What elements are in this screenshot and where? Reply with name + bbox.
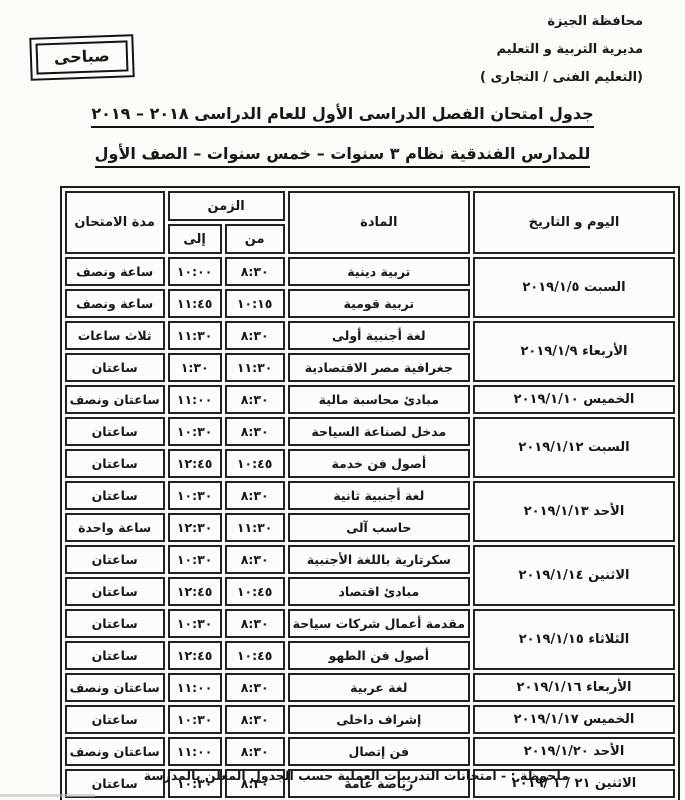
shift-stamp-label: صباحى — [35, 40, 128, 74]
time-from-cell: ٨:٣٠ — [225, 417, 285, 446]
col-header-time-from: من — [225, 224, 285, 254]
time-from-cell: ٨:٣٠ — [225, 545, 285, 574]
col-header-duration: مدة الامتحان — [65, 191, 165, 254]
time-to-cell: ١:٣٠ — [168, 353, 222, 382]
subject-cell: سكرتارية باللغة الأجنبية — [288, 545, 470, 574]
scan-edge-artifact — [0, 794, 95, 797]
time-to-cell: ١٠:٣٠ — [168, 705, 222, 734]
subject-cell: مبادئ اقتصاد — [288, 577, 470, 606]
header-row-main: اليوم و التاريخ المادة الزمن مدة الامتحا… — [65, 191, 675, 221]
shift-stamp-box: صباحى — [29, 34, 134, 81]
duration-cell: ساعتان ونصف — [65, 737, 165, 766]
day-date-cell: الخميس ٢٠١٩/١/١٠ — [473, 385, 675, 414]
subject-cell: حاسب آلى — [288, 513, 470, 542]
time-to-cell: ١٠:٣٠ — [168, 417, 222, 446]
subject-cell: أصول فن خدمة — [288, 449, 470, 478]
time-from-cell: ٨:٣٠ — [225, 737, 285, 766]
scanned-exam-schedule-page: محافظة الجيزة مديرية التربية و التعليم (… — [0, 0, 685, 800]
time-to-cell: ١١:٠٠ — [168, 673, 222, 702]
time-to-cell: ١٢:٣٠ — [168, 513, 222, 542]
exam-table-header: اليوم و التاريخ المادة الزمن مدة الامتحا… — [65, 191, 675, 254]
org-line-education-type: (التعليم الفنى / التجارى ) — [480, 64, 643, 92]
duration-cell: ساعة واحدة — [65, 513, 165, 542]
subject-cell: لغة أجنبية ثانية — [288, 481, 470, 510]
schedule-subtitle-line: للمدارس الفندقية نظام ٣ سنوات – خمس سنوا… — [0, 144, 685, 163]
time-to-cell: ١١:٤٥ — [168, 289, 222, 318]
footer-note: ملحوظة : - امتحانات التدريبات العملية حس… — [144, 768, 569, 783]
col-header-time-to: إلى — [168, 224, 222, 254]
col-header-day-date: اليوم و التاريخ — [473, 191, 675, 254]
day-date-cell: الاثنين ٢٠١٩/١/١٤ — [473, 545, 675, 606]
day-date-cell: السبت ٢٠١٩/١/٥ — [473, 257, 675, 318]
day-date-cell: الأحد ٢٠١٩/١/١٣ — [473, 481, 675, 542]
time-to-cell: ١٠:٣٠ — [168, 545, 222, 574]
subject-cell: تربية دينية — [288, 257, 470, 286]
duration-cell: ساعتان ونصف — [65, 385, 165, 414]
subject-cell: لغة عربية — [288, 673, 470, 702]
day-date-cell: الأحد ٢٠١٩/١/٢٠ — [473, 737, 675, 766]
time-from-cell: ٨:٣٠ — [225, 609, 285, 638]
time-from-cell: ١٠:٤٥ — [225, 577, 285, 606]
time-from-cell: ١١:٣٠ — [225, 353, 285, 382]
time-from-cell: ١٠:١٥ — [225, 289, 285, 318]
day-date-cell: الأربعاء ٢٠١٩/١/٩ — [473, 321, 675, 382]
org-line-directorate: مديرية التربية و التعليم — [480, 36, 643, 64]
time-to-cell: ١٢:٤٥ — [168, 577, 222, 606]
time-from-cell: ٨:٣٠ — [225, 321, 285, 350]
duration-cell: ساعتان — [65, 577, 165, 606]
schedule-subtitle-text: للمدارس الفندقية نظام ٣ سنوات – خمس سنوا… — [95, 144, 591, 168]
day-date-cell: الخميس ٢٠١٩/١/١٧ — [473, 705, 675, 734]
schedule-title-text: جدول امتحان الفصل الدراسى الأول للعام ال… — [91, 104, 593, 128]
time-to-cell: ١١:٣٠ — [168, 321, 222, 350]
day-date-cell: الثلاثاء ٢٠١٩/١/١٥ — [473, 609, 675, 670]
org-line-governorate: محافظة الجيزة — [480, 8, 643, 36]
table-row: الخميس ٢٠١٩/١/١٧إشراف داخلى٨:٣٠١٠:٣٠ساعت… — [65, 705, 675, 734]
exam-table-body: السبت ٢٠١٩/١/٥تربية دينية٨:٣٠١٠:٠٠ساعة و… — [65, 257, 675, 798]
time-from-cell: ٨:٣٠ — [225, 481, 285, 510]
time-to-cell: ١١:٠٠ — [168, 737, 222, 766]
table-row: الأربعاء ٢٠١٩/١/٩لغة أجنبية أولى٨:٣٠١١:٣… — [65, 321, 675, 350]
time-from-cell: ١١:٣٠ — [225, 513, 285, 542]
subject-cell: إشراف داخلى — [288, 705, 470, 734]
col-header-time: الزمن — [168, 191, 285, 221]
duration-cell: ساعتان — [65, 609, 165, 638]
time-from-cell: ٨:٣٠ — [225, 257, 285, 286]
org-header-block: محافظة الجيزة مديرية التربية و التعليم (… — [480, 8, 643, 92]
subject-cell: تربية قومية — [288, 289, 470, 318]
col-header-subject: المادة — [288, 191, 470, 254]
day-date-cell: السبت ٢٠١٩/١/١٢ — [473, 417, 675, 478]
duration-cell: ساعتان — [65, 449, 165, 478]
subject-cell: مبادئ محاسبة مالية — [288, 385, 470, 414]
time-to-cell: ١٠:٣٠ — [168, 609, 222, 638]
time-to-cell: ١٠:٠٠ — [168, 257, 222, 286]
subject-cell: فن إتصال — [288, 737, 470, 766]
time-to-cell: ١٢:٤٥ — [168, 641, 222, 670]
duration-cell: ساعتان — [65, 417, 165, 446]
schedule-title-line: جدول امتحان الفصل الدراسى الأول للعام ال… — [0, 104, 685, 123]
subject-cell: لغة أجنبية أولى — [288, 321, 470, 350]
time-from-cell: ٨:٣٠ — [225, 705, 285, 734]
subject-cell: أصول فن الطهو — [288, 641, 470, 670]
subject-cell: مدخل لصناعة السياحة — [288, 417, 470, 446]
table-row: الخميس ٢٠١٩/١/١٠مبادئ محاسبة مالية٨:٣٠١١… — [65, 385, 675, 414]
table-row: الاثنين ٢٠١٩/١/١٤سكرتارية باللغة الأجنبي… — [65, 545, 675, 574]
table-row: الثلاثاء ٢٠١٩/١/١٥مقدمة أعمال شركات سياح… — [65, 609, 675, 638]
duration-cell: ساعتان — [65, 641, 165, 670]
subject-cell: مقدمة أعمال شركات سياحة — [288, 609, 470, 638]
duration-cell: ساعتان ونصف — [65, 673, 165, 702]
table-row: الأربعاء ٢٠١٩/١/١٦لغة عربية٨:٣٠١١:٠٠ساعت… — [65, 673, 675, 702]
time-to-cell: ١٢:٤٥ — [168, 449, 222, 478]
time-from-cell: ١٠:٤٥ — [225, 449, 285, 478]
time-from-cell: ١٠:٤٥ — [225, 641, 285, 670]
exam-schedule-table: اليوم و التاريخ المادة الزمن مدة الامتحا… — [60, 186, 680, 800]
time-from-cell: ٨:٣٠ — [225, 673, 285, 702]
table-row: السبت ٢٠١٩/١/١٢مدخل لصناعة السياحة٨:٣٠١٠… — [65, 417, 675, 446]
duration-cell: ساعتان — [65, 353, 165, 382]
duration-cell: ساعة ونصف — [65, 257, 165, 286]
table-row: الأحد ٢٠١٩/١/٢٠فن إتصال٨:٣٠١١:٠٠ساعتان و… — [65, 737, 675, 766]
duration-cell: ساعة ونصف — [65, 289, 165, 318]
duration-cell: ثلاث ساعات — [65, 321, 165, 350]
duration-cell: ساعتان — [65, 481, 165, 510]
time-to-cell: ١٠:٣٠ — [168, 481, 222, 510]
time-to-cell: ١١:٠٠ — [168, 385, 222, 414]
table-row: السبت ٢٠١٩/١/٥تربية دينية٨:٣٠١٠:٠٠ساعة و… — [65, 257, 675, 286]
table-row: الأحد ٢٠١٩/١/١٣لغة أجنبية ثانية٨:٣٠١٠:٣٠… — [65, 481, 675, 510]
time-from-cell: ٨:٣٠ — [225, 385, 285, 414]
duration-cell: ساعتان — [65, 705, 165, 734]
subject-cell: جغرافية مصر الاقتصادية — [288, 353, 470, 382]
duration-cell: ساعتان — [65, 545, 165, 574]
day-date-cell: الأربعاء ٢٠١٩/١/١٦ — [473, 673, 675, 702]
